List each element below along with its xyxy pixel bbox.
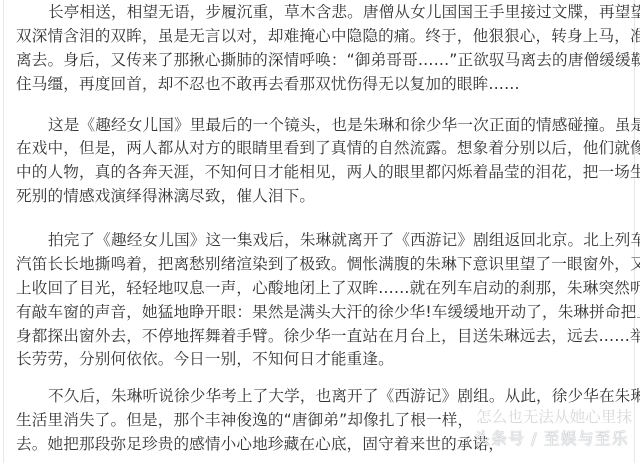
- article-page: 长亭相送，相望无语，步履沉重，草木含悲。唐僧从女儿国国王手里接过文牒，再望望那 …: [3, 0, 635, 463]
- paragraph-line: 长劳劳，分别何依依。今日一别，不知何日才能重逢。: [16, 347, 394, 371]
- paragraph-line: 拍完了《趣经女儿国》这一集戏后，朱琳就离开了《西游记》剧组返回北京。北上列车的: [48, 228, 640, 252]
- paragraph-line: 双深情含泪的双眸，虽是无言以对，却难掩心中隐隐的痛。终于，他狠狠心，转身上马，准…: [16, 24, 640, 48]
- paragraph-line: 去。她把那段弥足珍贵的感情小心地珍藏在心底，固守着来世的承诺，: [16, 432, 504, 456]
- paragraph-line: 住马缰，再度回首，却不忍也不敢再去看那双忧伤得无以复加的眼眸……: [16, 72, 520, 96]
- paragraph-line: 这是《趣经女儿国》里最后的一个镜头，也是朱琳和徐少华一次正面的情感碰撞。虽是身: [48, 113, 640, 137]
- paragraph-line: 生活里消失了。但是，那个丰神俊逸的“唐御弟”却像扎了根一样，: [16, 408, 473, 432]
- paragraph-line: 上收回了目光，轻轻地叹息一声，心酸地闭上了双眸……就在列车启动的刹那，朱琳突然听…: [16, 276, 640, 300]
- paragraph-line: 长亭相送，相望无语，步履沉重，草木含悲。唐僧从女儿国国王手里接过文牒，再望望那: [48, 0, 640, 24]
- paragraph-line: 有敲车窗的声音，她猛地睁开眼：果然是满头大汗的徐少华!车缓缓地开动了，朱琳拼命把…: [16, 300, 640, 324]
- paragraph-line: 离去。身后，又传来了那揪心撕肺的深情呼唤：“御弟哥哥……”正欲驭马离去的唐僧缓缓…: [16, 48, 640, 72]
- watermark: 头条号 / 至娱与至乐: [474, 429, 629, 449]
- paragraph-line: 汽笛长长地撕鸣着，把离愁别绪渲染到了极致。惆怅满腹的朱琳下意识里望了一眼窗外，又…: [16, 252, 640, 276]
- paragraph-line: 死别的情感戏演绎得淋漓尽致，催人泪下。: [16, 184, 315, 208]
- paragraph-line: 在戏中，但是，两人都从对方的眼睛里看到了真情的自然流露。想象着分别以后，他们就像…: [16, 136, 640, 160]
- paragraph-line: 身都探出窗外去，不停地挥舞着手臂。徐少华一直站在月台上，目送朱琳远去，远去……举…: [16, 324, 640, 348]
- obscured-text: 怎么也无法从她心里抹: [476, 405, 632, 429]
- paragraph-line: 中的人物，真的各奔天涯，不知何日才能相见，两人的眼里都闪烁着晶莹的泪花，把一场生…: [16, 160, 640, 184]
